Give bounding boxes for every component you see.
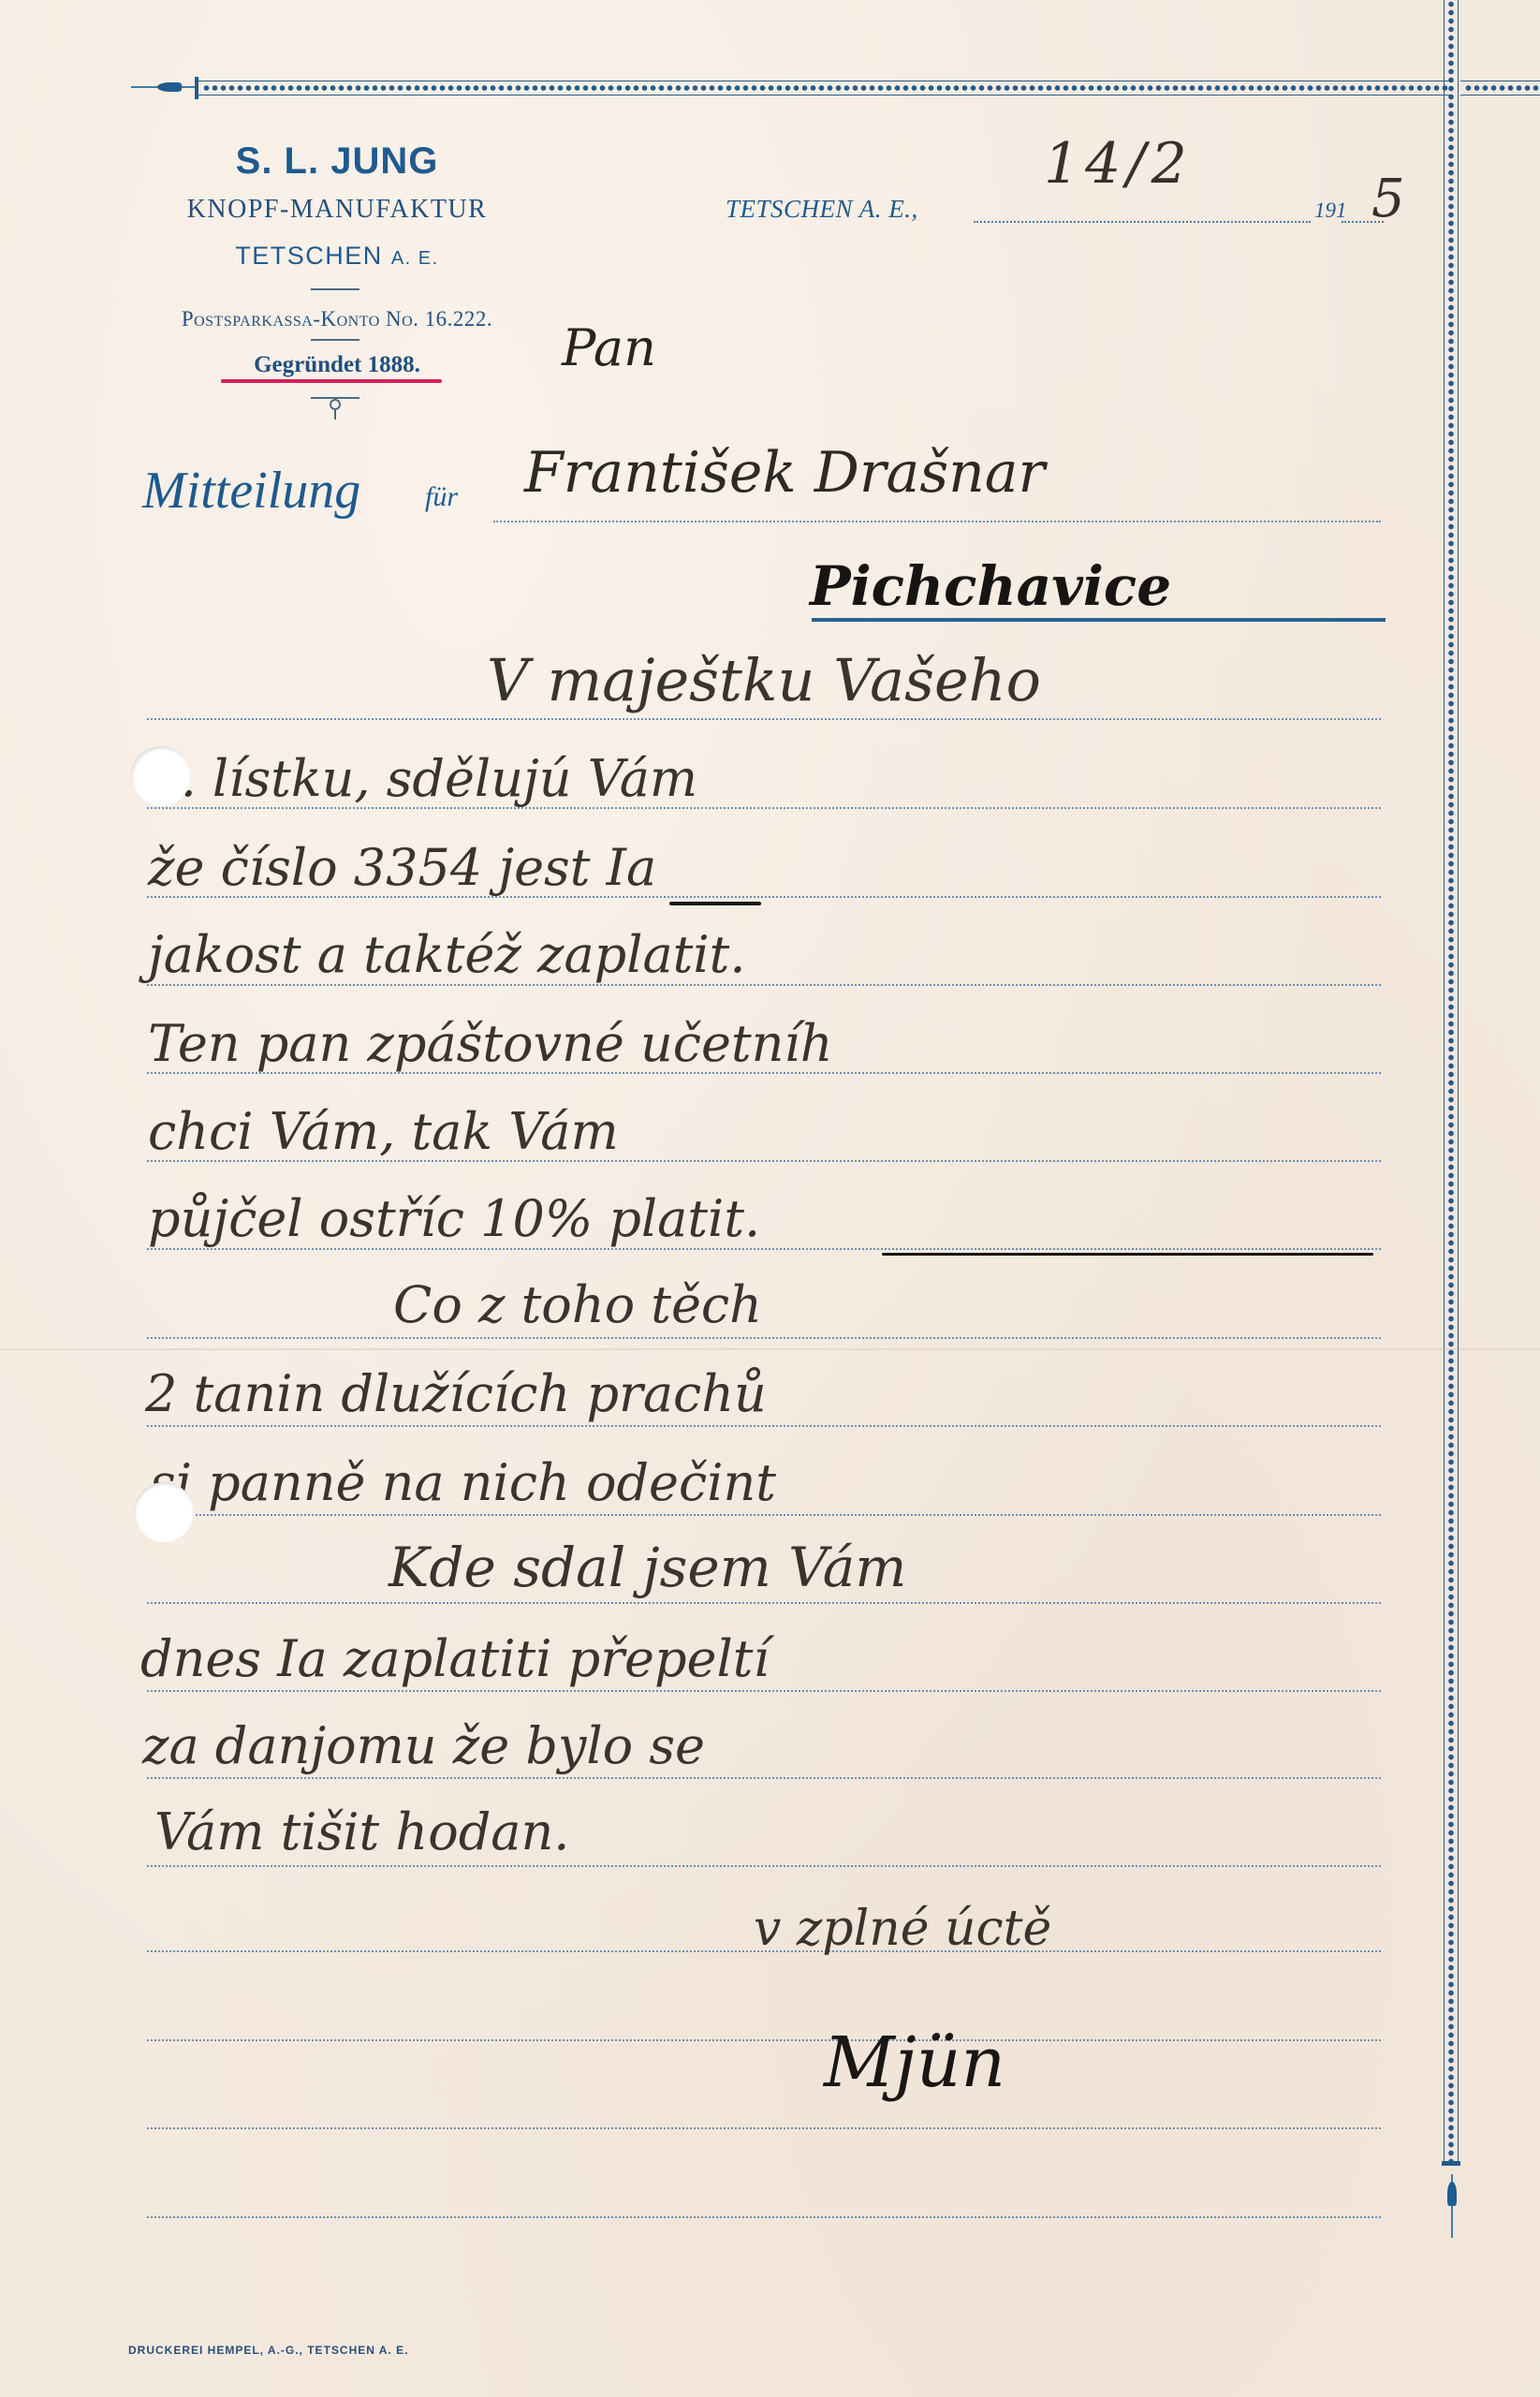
body-line: dnes Ia zaplatiti přepeltí xyxy=(140,1629,770,1688)
ornament-stem xyxy=(334,410,336,419)
city-suffix: A. E. xyxy=(391,248,439,269)
mitteilung-label: Mitteilung xyxy=(142,461,360,521)
founded-period: . xyxy=(415,352,420,377)
body-line: 2 tanin dlužících prachů xyxy=(145,1364,767,1423)
paper-fold xyxy=(0,1348,1540,1350)
number-underline xyxy=(669,902,761,905)
ruled-line xyxy=(147,2039,1381,2041)
body-line: jakost a taktéž zaplatit. xyxy=(148,925,746,984)
top-border-right xyxy=(1460,81,1540,96)
body-line: půjčel ostříc 10% platit. xyxy=(148,1189,760,1248)
date-dotted-line xyxy=(974,221,1311,223)
body-line: Ten pan zpáštovné učetníh xyxy=(148,1014,832,1073)
body-line: Co z toho těch xyxy=(393,1275,762,1334)
body-line: si panně na nich odečint xyxy=(150,1453,776,1512)
right-border xyxy=(1444,0,1459,2163)
letterhead-divider xyxy=(311,288,359,290)
ruled-line xyxy=(147,1337,1381,1339)
handwritten-date: 14/2 xyxy=(1044,131,1193,197)
date-year-prefix: 191 xyxy=(1314,199,1347,223)
letterhead-divider xyxy=(311,339,359,341)
printer-imprint: DRUCKEREI HEMPEL, A.-G., TETSCHEN A. E. xyxy=(128,2344,408,2357)
border-arrow-icon-bottom xyxy=(1447,2182,1457,2206)
account-number: Postsparkassa-Konto No. 16.222. xyxy=(131,307,543,331)
ruled-line xyxy=(147,2216,1381,2218)
body-line: Vám tišit hodan. xyxy=(154,1802,569,1861)
handwritten-year-digit: 5 xyxy=(1371,169,1405,229)
ornament-ring-icon xyxy=(330,399,341,410)
ruled-line xyxy=(147,1690,1381,1692)
percent-underline xyxy=(882,1253,1373,1256)
founded-text: Gegründet 1888. xyxy=(131,352,543,378)
ruled-line xyxy=(147,718,1381,720)
founded-underline xyxy=(221,379,442,383)
body-line: V maještku Vašeho xyxy=(487,646,1041,714)
handwritten-recipient-name: František Drašnar xyxy=(524,440,1045,506)
body-line: za danjomu že bylo se xyxy=(142,1716,705,1775)
closing-text: v zplné úctě xyxy=(754,1901,1051,1957)
border-arrow-icon-left xyxy=(157,82,182,92)
ruled-line xyxy=(147,1425,1381,1427)
body-line: d. lístku, sdělujú Vám xyxy=(148,749,697,808)
top-border xyxy=(198,81,1453,96)
ruled-line xyxy=(147,1865,1381,1867)
town-underline xyxy=(812,618,1386,622)
city-name: TETSCHEN xyxy=(235,242,383,270)
signature: Mjün xyxy=(824,2022,1005,2103)
ruled-line xyxy=(147,1248,1381,1250)
company-city: TETSCHEN A. E. xyxy=(131,242,543,271)
founded-label: Gegründet 1888 xyxy=(254,352,415,377)
ruled-line xyxy=(147,1602,1381,1604)
handwritten-recipient-town: Pichchavice xyxy=(810,554,1171,618)
handwritten-salutation: Pan xyxy=(562,318,656,377)
ruled-line xyxy=(147,984,1381,986)
punch-hole xyxy=(134,1482,194,1542)
company-name: S. L. JUNG xyxy=(131,140,543,183)
ruled-line xyxy=(147,1777,1381,1779)
body-line: Kde sdal jsem Vám xyxy=(389,1536,906,1599)
date-place-label: TETSCHEN A. E., xyxy=(726,195,918,224)
company-trade: KNOPF-MANUFAKTUR xyxy=(131,195,543,225)
ruled-line xyxy=(147,2127,1381,2129)
body-line: že číslo 3354 jest Ia xyxy=(148,838,656,897)
recipient-dotted-line xyxy=(493,521,1381,522)
punch-hole xyxy=(131,746,191,806)
ruled-line xyxy=(147,1514,1381,1516)
body-line: chci Vám, tak Vám xyxy=(148,1102,619,1161)
right-border-cap xyxy=(1442,2161,1460,2166)
fuer-label: für xyxy=(425,481,458,513)
